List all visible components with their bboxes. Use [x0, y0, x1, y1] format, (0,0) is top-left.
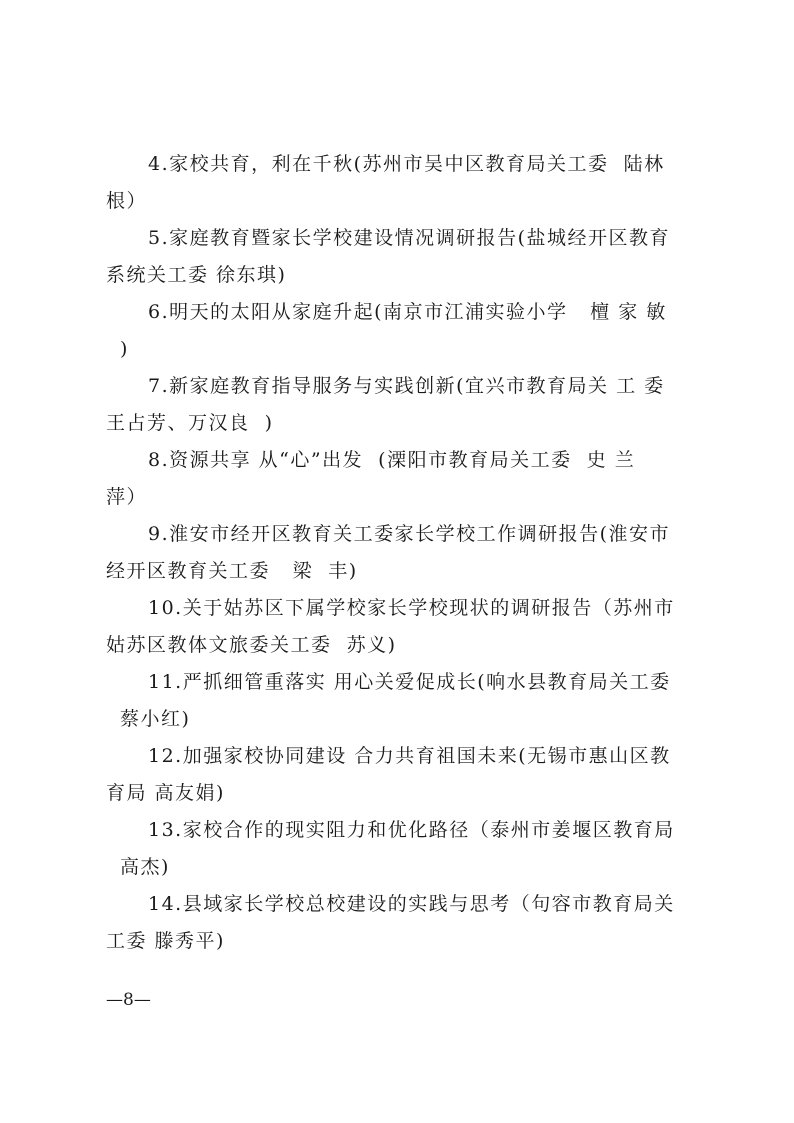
- list-item: 4.家校共育，利在千秋(苏州市吴中区教育局关工委 陆林 根）: [106, 146, 696, 220]
- list-item-line: 育局 高友娟): [106, 775, 696, 812]
- list-item-line: 工委 滕秀平): [106, 923, 696, 960]
- list-item-line: 萍）: [106, 479, 696, 516]
- list-item-line: 5.家庭教育暨家长学校建设情况调研报告(盐城经开区教育: [106, 220, 696, 257]
- list-item: 8.资源共享 从“心”出发 (溧阳市教育局关工委 史 兰 萍）: [106, 442, 696, 516]
- list-item-line: 13.家校合作的现实阻力和优化路径（泰州市姜堰区教育局: [106, 812, 696, 849]
- report-list: 4.家校共育，利在千秋(苏州市吴中区教育局关工委 陆林 根） 5.家庭教育暨家长…: [106, 146, 696, 960]
- list-item-line: 蔡小红): [106, 701, 696, 738]
- list-item-line: 王占芳、万汉良 ): [106, 405, 696, 442]
- list-item-line: 姑苏区教体文旅委关工委 苏义): [106, 627, 696, 664]
- list-item-line: 系统关工委 徐东琪): [106, 257, 696, 294]
- list-item: 7.新家庭教育指导服务与实践创新(宜兴市教育局关 工 委 王占芳、万汉良 ): [106, 368, 696, 442]
- list-item: 11.严抓细管重落实 用心关爱促成长(响水县教育局关工委 蔡小红): [106, 664, 696, 738]
- list-item-line: 7.新家庭教育指导服务与实践创新(宜兴市教育局关 工 委: [106, 368, 696, 405]
- list-item-line: 根）: [106, 183, 696, 220]
- list-item-line: 9.淮安市经开区教育关工委家长学校工作调研报告(淮安市: [106, 516, 696, 553]
- list-item-line: 14.县域家长学校总校建设的实践与思考（句容市教育局关: [106, 886, 696, 923]
- list-item-line: 10.关于姑苏区下属学校家长学校现状的调研报告（苏州市: [106, 590, 696, 627]
- page-number: —8—: [106, 990, 151, 1010]
- list-item-line: 4.家校共育，利在千秋(苏州市吴中区教育局关工委 陆林: [106, 146, 696, 183]
- list-item: 9.淮安市经开区教育关工委家长学校工作调研报告(淮安市 经开区教育关工委 梁 丰…: [106, 516, 696, 590]
- list-item-line: 经开区教育关工委 梁 丰): [106, 553, 696, 590]
- list-item: 14.县域家长学校总校建设的实践与思考（句容市教育局关 工委 滕秀平): [106, 886, 696, 960]
- list-item: 6.明天的太阳从家庭升起(南京市江浦实验小学 檀 家 敏 ): [106, 294, 696, 368]
- list-item-line: 6.明天的太阳从家庭升起(南京市江浦实验小学 檀 家 敏: [106, 294, 696, 331]
- list-item-line: 高杰): [106, 849, 696, 886]
- document-page: 4.家校共育，利在千秋(苏州市吴中区教育局关工委 陆林 根） 5.家庭教育暨家长…: [0, 0, 794, 1123]
- list-item-line: 8.资源共享 从“心”出发 (溧阳市教育局关工委 史 兰: [106, 442, 696, 479]
- list-item: 13.家校合作的现实阻力和优化路径（泰州市姜堰区教育局 高杰): [106, 812, 696, 886]
- list-item: 5.家庭教育暨家长学校建设情况调研报告(盐城经开区教育 系统关工委 徐东琪): [106, 220, 696, 294]
- list-item: 10.关于姑苏区下属学校家长学校现状的调研报告（苏州市 姑苏区教体文旅委关工委 …: [106, 590, 696, 664]
- list-item-line: ): [106, 331, 696, 368]
- list-item-line: 12.加强家校协同建设 合力共育祖国未来(无锡市惠山区教: [106, 738, 696, 775]
- list-item-line: 11.严抓细管重落实 用心关爱促成长(响水县教育局关工委: [106, 664, 696, 701]
- list-item: 12.加强家校协同建设 合力共育祖国未来(无锡市惠山区教 育局 高友娟): [106, 738, 696, 812]
